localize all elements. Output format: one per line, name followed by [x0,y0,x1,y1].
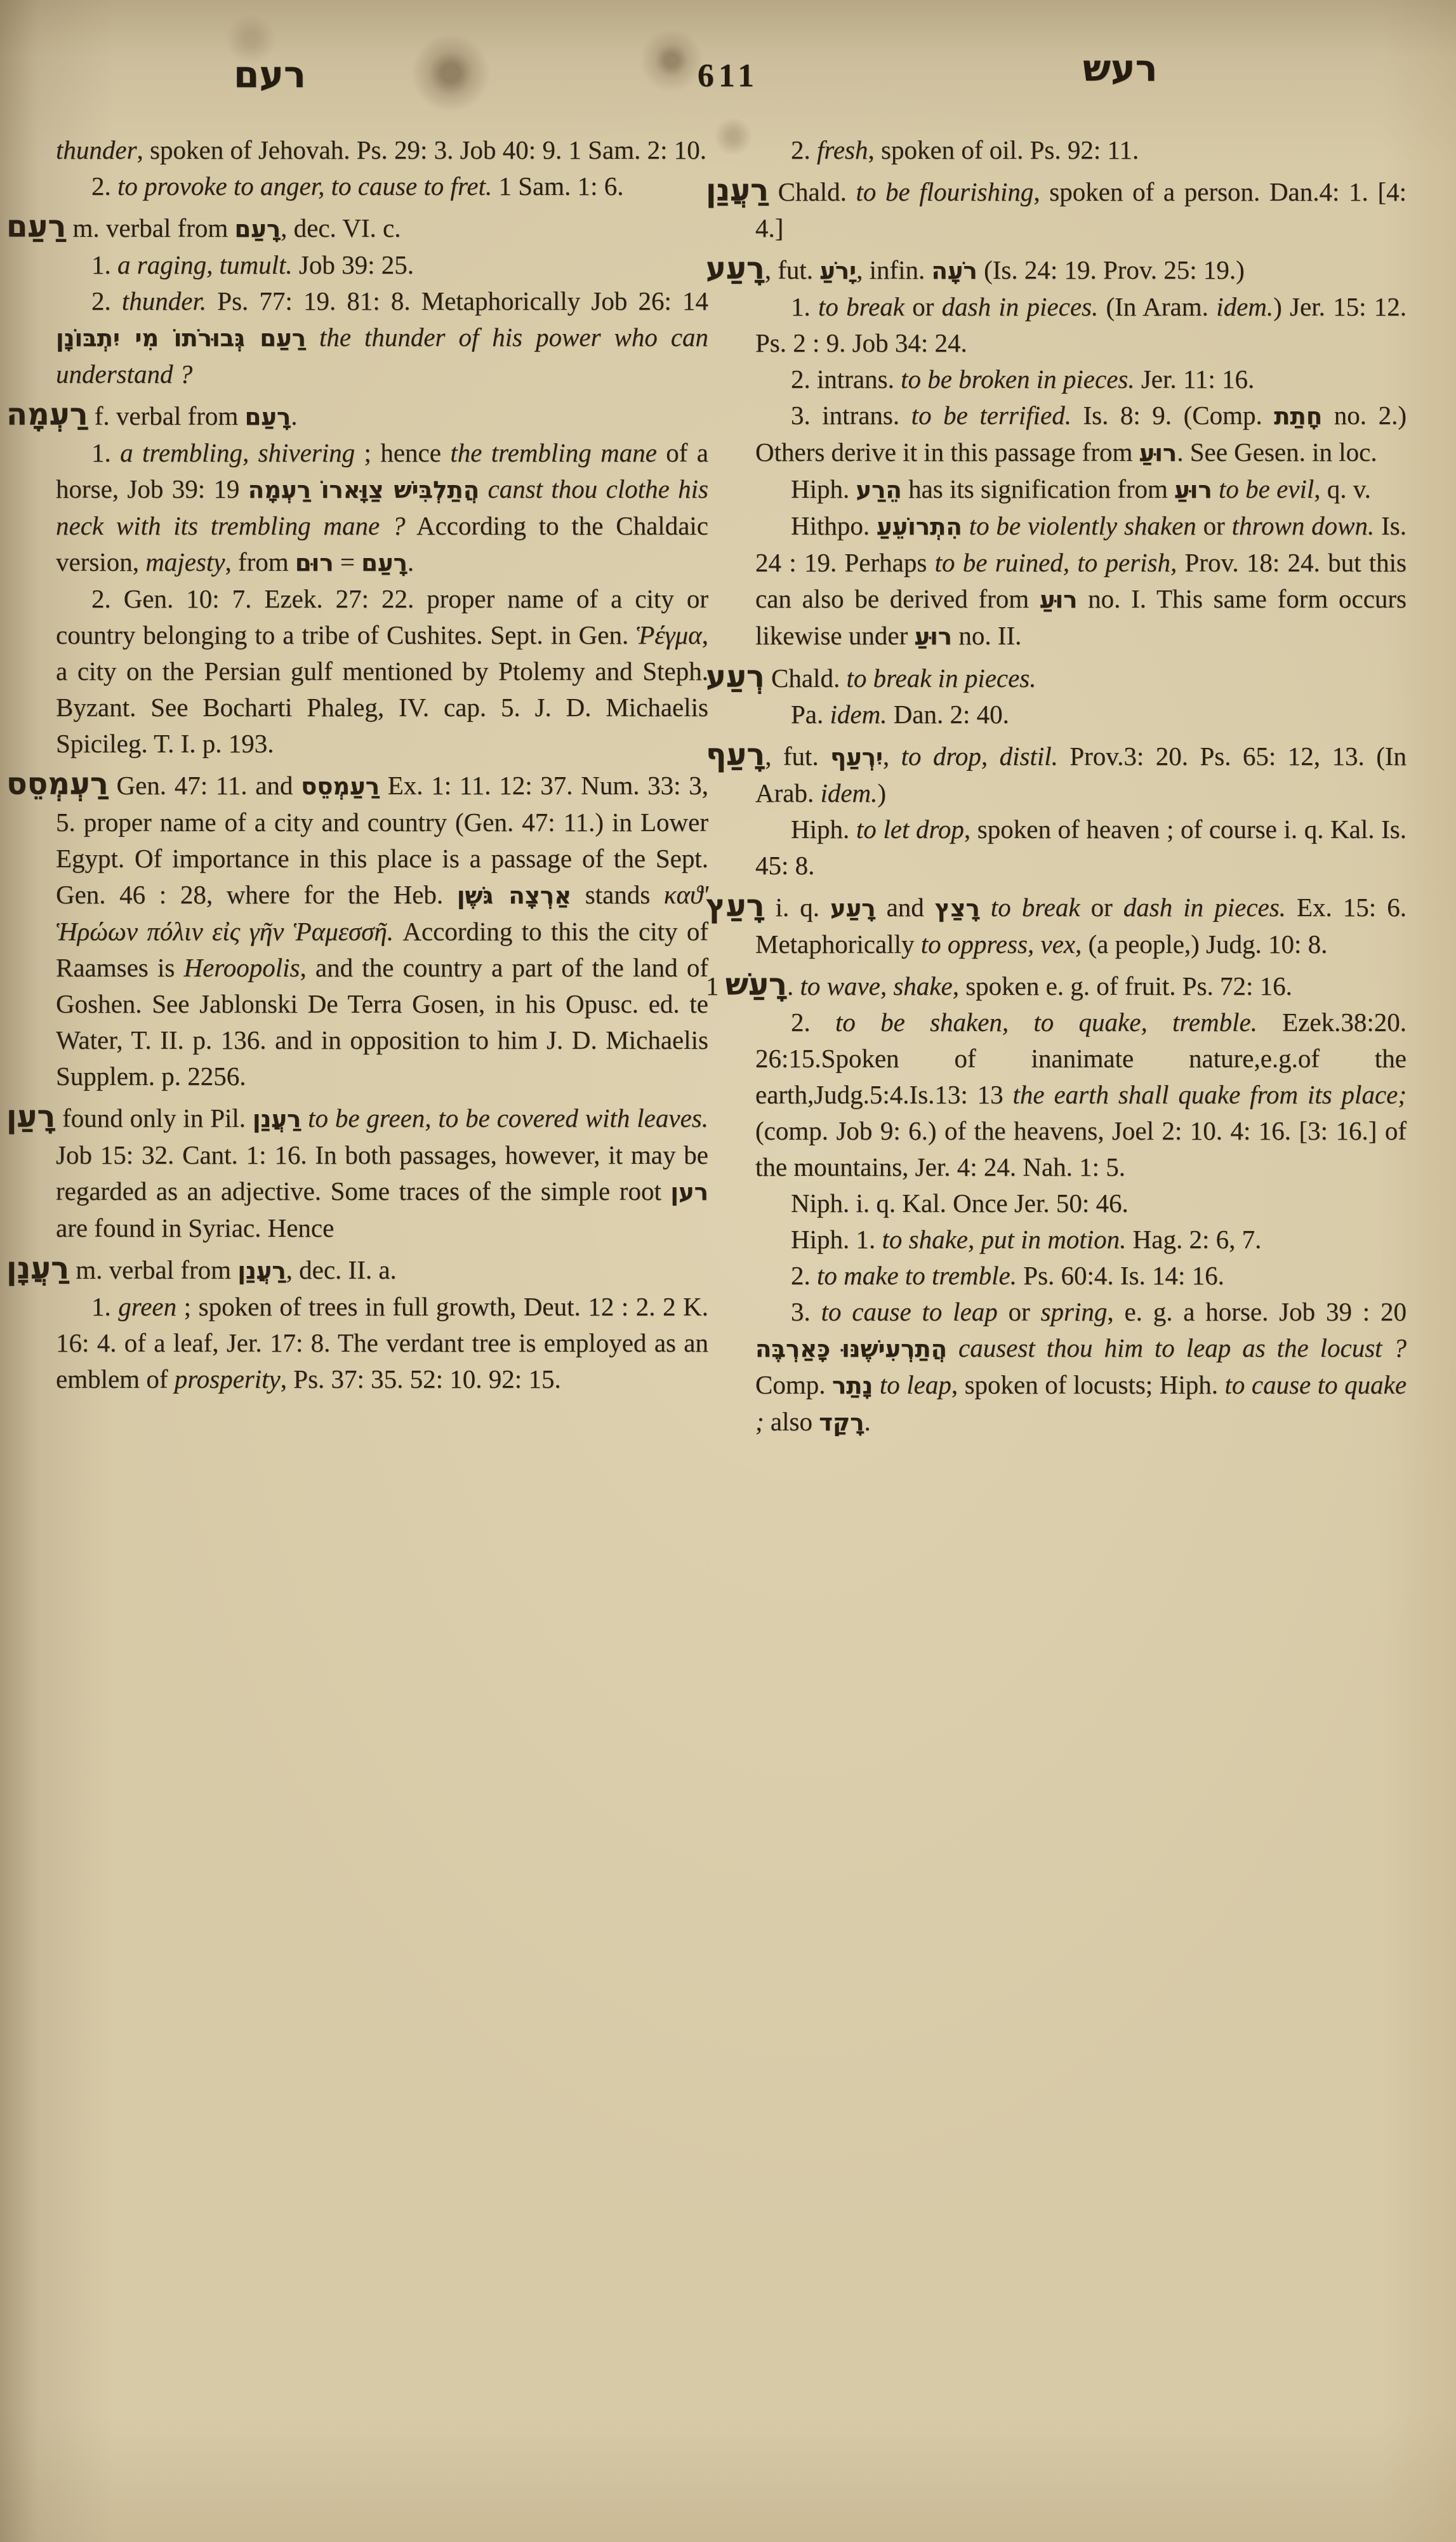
sense-paragraph: 2. intrans. to be broken in pieces. Jer.… [755,361,1406,397]
hebrew-headword: רַעֲנָן [6,1251,69,1286]
text-run: , dec. VI. c. [281,213,400,243]
text-run: 2. [791,135,817,164]
text-run: , [883,742,901,771]
italic-text-run: to drop, distil. [901,742,1058,771]
text-run: Hiph. 1. [791,1225,882,1254]
sense-paragraph: 1. to break or dash in pieces. (In Aram.… [755,289,1406,361]
text-run: 2. Gen. 10: 7. Ezek. 27: 22. proper name… [56,584,708,649]
entry-paragraph: רָעַן found only in Pil. רַעֲנַן to be g… [56,1099,708,1246]
text-run: 1. [91,250,117,279]
text-run: , from [225,547,295,576]
text-run: , infin. [856,255,931,284]
italic-text-run: idem. [830,700,887,729]
hebrew-text: רָעַם [245,403,291,430]
sense-paragraph: Hithpo. הִתְרוֹעֵעַ to be violently shak… [755,508,1406,655]
entry-paragraph: רַעֲנַן Chald. to be flourishing, spoken… [755,173,1406,246]
italic-text-run: the earth shall quake from its place; [1013,1080,1407,1109]
text-run: . See Gesen. in loc. [1177,437,1377,467]
italic-text-run: to cause to leap [821,1297,998,1326]
text-run [873,1370,880,1399]
italic-text-run: spring [1041,1297,1108,1326]
text-run [479,474,487,503]
sense-paragraph: Hiph. הֵרַע has its signification from ר… [755,471,1406,508]
sense-paragraph: 2. to provoke to anger, to cause to fret… [56,168,708,204]
text-run: , spoken of locusts; Hiph. [951,1370,1225,1399]
hebrew-text: אַרְצָה גּשֶׁן [457,882,571,909]
hebrew-headword: רְעַע [706,659,765,695]
sense-paragraph: 3. to cause to leap or spring, e. g. a h… [755,1294,1406,1441]
text-run: Is. 8: 9. (Comp. [1071,401,1274,430]
text-run: , Ps. 37: 35. 52: 10. 92: 15. [281,1364,561,1394]
text-run [301,1103,308,1133]
hebrew-text: רַעֲנַן [237,1257,286,1284]
hebrew-text: רען [670,1178,708,1206]
text-run: (Is. 24: 19. Prov. 25: 19.) [977,255,1245,284]
hebrew-headword: רָעַן [6,1099,55,1135]
italic-text-run: dash in pieces. [942,292,1099,321]
entry-paragraph: רְעַע Chald. to break in pieces. [755,659,1406,696]
text-run: , fut. [765,742,830,771]
italic-text-run: the trembling mane [450,438,657,467]
text-run: , q. v. [1314,474,1371,503]
entry-paragraph: רַעְמָה f. verbal from רָעַם. [56,397,708,435]
text-run: 2. intrans. [791,364,901,394]
text-run: or [904,292,942,321]
entry-paragraph: רַעֲנָן m. verbal from רַעֲנַן, dec. II.… [56,1251,708,1289]
text-run: Pa. [791,700,830,729]
hebrew-text: רוּעַ [1040,586,1078,613]
sense-paragraph: Pa. idem. Dan. 2: 40. [755,696,1406,733]
hebrew-text: רוּעַ [1174,476,1212,503]
text-run: . [864,1407,870,1436]
italic-text-run: thrown down. [1232,511,1375,540]
italic-text-run: to break in pieces. [846,663,1036,693]
text-run: or [1080,893,1123,922]
italic-text-run: dash in pieces. [1123,893,1286,922]
hebrew-text: חָתַת [1274,403,1322,430]
italic-text-run: to be terrified. [911,401,1071,430]
text-run: Dan. 2: 40. [887,700,1009,729]
entry-paragraph: רַעְמְסֵס Gen. 47: 11. and רַעַמְסֵס Ex.… [56,766,708,1095]
italic-text-run: to provoke to anger, to cause to fret. [117,171,492,201]
text-run: no. II. [952,621,1021,650]
text-run [830,1333,842,1362]
sense-paragraph: 2. to make to tremble. Ps. 60:4. Is. 14:… [755,1258,1406,1294]
italic-text-run: to be green, to be covered with leaves. [308,1103,708,1133]
text-run: 2. [91,171,117,201]
italic-text-run: to make to tremble. [817,1261,1017,1290]
hebrew-text: רוּם [295,549,334,576]
text-run: 3. intrans. [791,401,911,430]
text-run: Ps. 60:4. Is. 14: 16. [1017,1261,1224,1290]
sense-paragraph: 2. to be shaken, to quake, tremble. Ezek… [755,1004,1406,1185]
italic-text-run: to be evil [1219,474,1314,503]
text-run: or [998,1297,1041,1326]
page-number: 611 [0,60,1456,93]
text-run: (a people,) Judg. 10: 8. [1082,929,1327,959]
sense-paragraph: 1. a trembling, shivering ; hence the tr… [56,435,708,581]
text-run: are found in Syriac. Hence [56,1213,334,1242]
text-run: or [1196,511,1232,540]
italic-text-run: prosperity [175,1364,281,1394]
sense-paragraph: Niph. i. q. Kal. Once Jer. 50: 46. [755,1185,1406,1221]
italic-text-run: idem. [1216,292,1273,321]
text-run [306,323,319,352]
italic-text-run: to be shaken, to quake, tremble. [835,1008,1257,1037]
text-run: (In Aram. [1098,292,1216,321]
hebrew-text: הֵרַע [856,476,902,503]
text-run: Hag. 2: 6, 7. [1126,1225,1261,1254]
italic-text-run: a trembling, shivering [120,438,355,467]
hebrew-text: יָרֹעַ [819,257,856,284]
sense-paragraph: 3. intrans. to be terrified. Is. 8: 9. (… [755,397,1406,471]
hebrew-text: רַעַמְסֵס [301,773,380,800]
text-run: Job 39: 25. [293,250,414,279]
text-run: 2. [791,1261,817,1290]
hebrew-text: רָעַע [830,895,876,922]
hebrew-text: רָעַם [361,549,407,576]
hebrew-headword: רָעַץ [706,888,765,924]
text-run: 1. [791,292,818,321]
sense-paragraph: 2. fresh, spoken of oil. Ps. 92: 11. [755,132,1406,168]
italic-text-run: majesty [145,547,225,576]
italic-text-run: to break [818,292,904,321]
sense-paragraph: 2. thunder. Ps. 77: 19. 81: 8. Metaphori… [56,283,708,392]
hebrew-headword: רַעְמְסֵס [6,766,109,802]
italic-text-run: to wave, shake, [800,971,958,1001]
italic-text-run: to be flourishing [856,177,1034,206]
text-run: Hithpo. [791,511,877,540]
hebrew-text: רֹעָה [932,257,977,284]
italic-text-run: to leap [880,1370,951,1399]
text-run: Ps. 77: 19. 81: 8. Metaphorically Job 26… [206,286,708,316]
italic-text-run: Heroopolis [184,953,300,982]
text-run: 2. [91,286,122,316]
italic-text-run: to oppress, vex, [921,929,1082,959]
text-run: Gen. 47: 11. and [109,771,301,800]
hebrew-text: רוּעַ [914,623,952,650]
hebrew-text: הִתְרוֹעֵעַ [877,513,962,540]
continuation-paragraph: thunder, spoken of Jehovah. Ps. 29: 3. J… [56,132,708,168]
hebrew-text: נָתַר [832,1372,873,1399]
text-run: Chald. [765,663,847,693]
text-run: , fut. [765,255,820,284]
sense-paragraph: Hiph. to let drop, spoken of heaven ; of… [755,811,1406,884]
italic-text-run: causest thou him to leap as the locust ? [958,1333,1406,1362]
hebrew-text: רַעַם גְּבוּרֹתוֹ מִי יִתְבּוֹנָן [56,324,306,352]
entry-paragraph: רָעַע, fut. יָרֹעַ, infin. רֹעָה (Is. 24… [755,251,1406,289]
hebrew-headword: רָעַף [706,737,765,773]
text-run: Comp. [755,1370,832,1399]
hebrew-text: יִרְעַף [830,743,883,771]
hebrew-headword: רַעְמָה [6,397,88,432]
italic-text-run: green [118,1292,176,1321]
left-column: thunder, spoken of Jehovah. Ps. 29: 3. J… [56,132,708,1397]
entry-paragraph: רָעַץ i. q. רָעַע and רָצַץ to break or … [755,888,1406,962]
text-run: Chald. [769,177,856,206]
text-run: i. q. [765,893,831,922]
text-run: , e. g. a horse. Job 39 : 20 [1107,1297,1406,1326]
hebrew-text: הֲתַלְבִּישׁ צַוָּארוֹ רַעְמָה [248,476,479,503]
text-run: 1. [91,1292,118,1321]
entry-paragraph: רָעַשׁ 1. to wave, shake, spoken e. g. o… [755,967,1406,1004]
italic-text-run: to shake, put in motion. [882,1225,1127,1254]
text-run [962,511,969,540]
text-run [947,1333,958,1362]
entry-paragraph: רַעַם m. verbal from רָעַם, dec. VI. c. [56,209,708,247]
text-run [1212,474,1219,503]
text-run: 1. [91,438,120,467]
text-run: 2. [791,1008,835,1037]
text-run: 1 Sam. 1: 6. [492,171,623,201]
sense-paragraph: 1. a raging, tumult. Job 39: 25. [56,247,708,283]
text-run: . [291,401,297,430]
greek-text: Ῥέγμα [636,620,701,649]
text-run: Hiph. [791,815,856,844]
text-run: Niph. i. q. Kal. Once Jer. 50: 46. [791,1188,1128,1218]
text-run: also [764,1407,819,1436]
hebrew-headword: רָעַע [706,251,765,286]
sense-paragraph: 2. Gen. 10: 7. Ezek. 27: 22. proper name… [56,581,708,762]
text-run: spoken e. g. of fruit. Ps. 72: 16. [959,971,1292,1001]
text-run: m. verbal from [69,1255,237,1284]
italic-text-run: thunder [56,135,137,164]
italic-text-run: to break [991,893,1080,922]
hebrew-text: הֲתַרְעִישֶׁנּוּ [842,1335,947,1362]
hebrew-text: רָעַם [235,215,281,243]
text-run: m. verbal from [66,213,234,243]
hebrew-text: כָּאַרְבֶּה [755,1335,830,1362]
italic-text-run: to be broken in pieces. [901,364,1135,394]
text-run: stands [571,880,664,909]
right-column: 2. fresh, spoken of oil. Ps. 92: 11.רַעֲ… [755,132,1406,1441]
text-run: Hiph. [791,474,856,503]
text-run: , spoken of Jehovah. Ps. 29: 3. Job 40: … [137,135,706,164]
text-run: = [334,547,362,576]
text-run: , spoken of oil. Ps. 92: 11. [868,135,1139,164]
text-run: f. verbal from [88,401,245,430]
text-run: has its signification from [902,474,1174,503]
italic-text-run: to let drop [856,815,964,844]
text-run: ; hence [355,438,450,467]
text-run: ) [877,778,886,808]
italic-text-run: a raging, tumult. [117,250,293,279]
text-run: found only in Pil. [55,1103,253,1133]
hebrew-text: רָצַץ [935,895,980,922]
text-run [980,893,991,922]
hebrew-text: רַעֲנַן [253,1105,301,1133]
hebrew-text: רוּעַ [1139,439,1177,467]
italic-text-run: thunder. [122,286,206,316]
sense-paragraph: Hiph. 1. to shake, put in motion. Hag. 2… [755,1221,1406,1258]
text-run: , dec. II. a. [286,1255,397,1284]
text-run: Jer. 11: 16. [1135,364,1255,394]
text-run: 3. [791,1297,821,1326]
entry-paragraph: רָעַף, fut. יִרְעַף, to drop, distil. Pr… [755,737,1406,811]
italic-text-run: idem. [820,778,877,808]
page: רעם 611 רעש thunder, spoken of Jehovah. … [0,0,1456,2542]
hebrew-text: רָקַד [819,1409,864,1436]
hebrew-headword: רַעַם [6,209,66,244]
header-catchword-right: רעש [1083,50,1158,86]
italic-text-run: to be violently shaken [969,511,1196,540]
italic-text-run: fresh [817,135,868,164]
hebrew-headword: רָעַשׁ [725,967,787,1002]
hebrew-headword: רַעֲנַן [706,173,769,208]
italic-text-run: to be ruined, to perish, [935,548,1177,577]
scanned-lexicon-page: { "page": { "header": { "left_catchword"… [0,0,1456,2542]
text-run: and [876,893,935,922]
text-run: (comp. Job 9: 6.) of the heavens, Joel 2… [755,1116,1406,1181]
sense-paragraph: 1. green ; spoken of trees in full growt… [56,1289,708,1397]
text-run: . [407,547,414,576]
text-run: Job 15: 32. Cant. 1: 16. In both passage… [56,1140,708,1206]
